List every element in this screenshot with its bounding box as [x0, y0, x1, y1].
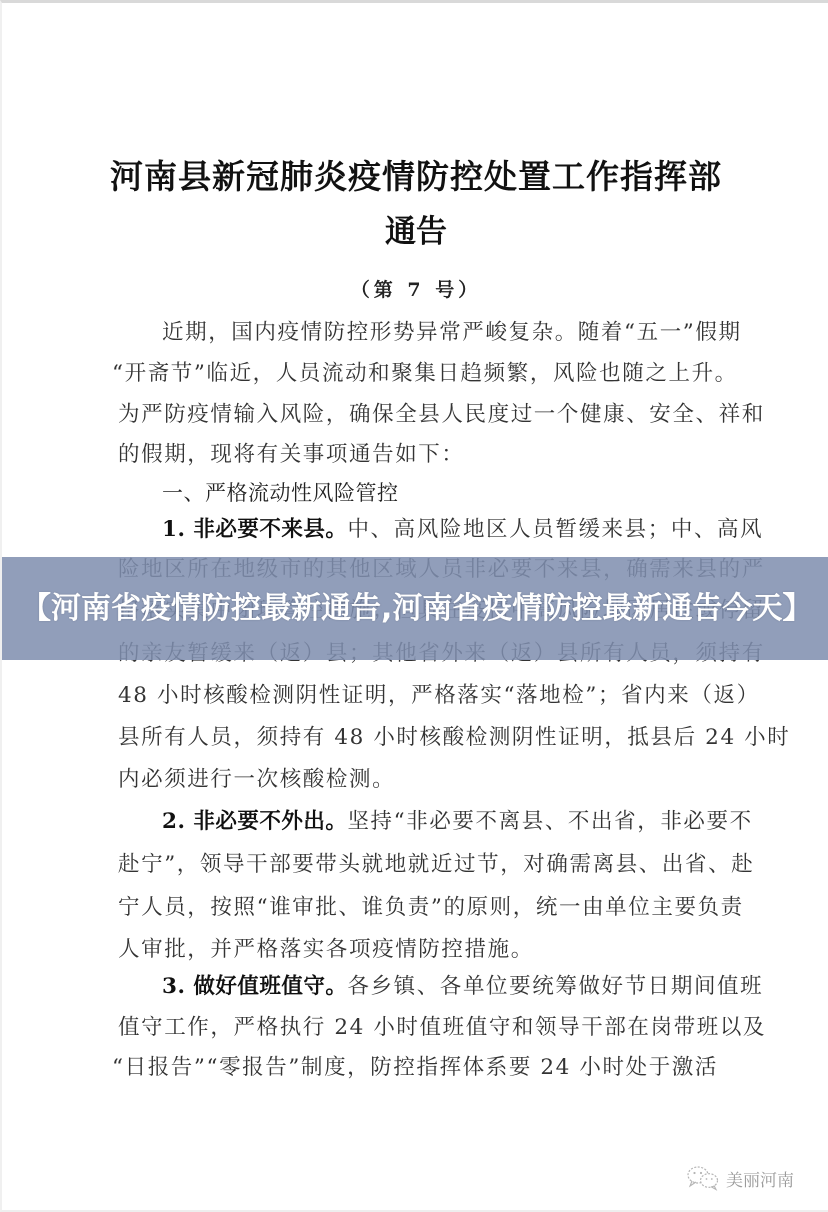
document-subtitle: 通告: [2, 210, 828, 254]
source-watermark: 美丽河南: [686, 1165, 794, 1191]
item-2-first-line: 2. 非必要不外出。坚持“非必要不离县、不出省，非必要不: [162, 805, 802, 839]
item-2-label: 2. 非必要不外出。: [162, 809, 347, 834]
item-1-label: 1. 非必要不来县。: [162, 517, 347, 542]
item-3-text: 各乡镇、各单位要统筹做好节日期间值班: [347, 974, 763, 999]
item-3-first-line: 3. 做好值班值守。各乡镇、各单位要统筹做好节日期间值班: [162, 970, 802, 1004]
item-1-text: 中、高风险地区人员暂缓来县；中、高风: [347, 517, 763, 542]
item-1-line: 县所有人员，须持有 48 小时核酸检测阴性证明，抵县后 24 小时: [118, 721, 758, 755]
item-3-line: “日报告”“零报告”制度，防控指挥体系要 24 小时处于激活: [112, 1051, 752, 1085]
item-2-text: 坚持“非必要不离县、不出省，非必要不: [347, 809, 752, 834]
headline-banner: 【河南省疫情防控最新通告,河南省疫情防控最新通告今天】: [2, 557, 828, 660]
intro-line: 为严防疫情输入风险，确保全县人民度过一个健康、安全、祥和: [118, 398, 758, 432]
item-1-line: 内必须进行一次核酸检测。: [118, 763, 758, 797]
watermark-text: 美丽河南: [726, 1166, 794, 1191]
wechat-icon: [686, 1165, 720, 1191]
section-heading: 一、严格流动性风险管控: [162, 476, 802, 510]
item-3-label: 3. 做好值班值守。: [162, 974, 347, 999]
intro-line: 的假期，现将有关事项通告如下：: [118, 438, 758, 472]
intro-line: 近期，国内疫情防控形势异常严峻复杂。随着“五一”假期: [162, 316, 802, 350]
item-1-line: 48 小时核酸检测阴性证明，严格落实“落地检”；省内来（返）: [118, 679, 758, 713]
document-number: （第 7 号）: [2, 275, 828, 305]
item-2-line: 宁人员，按照“谁审批、谁负责”的原则，统一由单位主要负责: [118, 891, 758, 925]
document-page: 河南县新冠肺炎疫情防控处置工作指挥部 通告 （第 7 号） 近期，国内疫情防控形…: [0, 0, 828, 1212]
intro-line: “开斋节”临近，人员流动和聚集日趋频繁，风险也随之上升。: [112, 357, 752, 391]
item-1-first-line: 1. 非必要不来县。中、高风险地区人员暂缓来县；中、高风: [162, 513, 802, 547]
item-3-line: 值守工作，严格执行 24 小时值班值守和领导干部在岗带班以及: [118, 1011, 758, 1045]
item-2-line: 人审批，并严格落实各项疫情防控措施。: [118, 933, 758, 967]
document-title: 河南县新冠肺炎疫情防控处置工作指挥部: [2, 155, 828, 199]
item-2-line: 赴宁”，领导干部要带头就地就近过节，对确需离县、出省、赴: [118, 848, 758, 882]
headline-banner-text: 【河南省疫情防控最新通告,河南省疫情防控最新通告今天】: [21, 589, 811, 629]
